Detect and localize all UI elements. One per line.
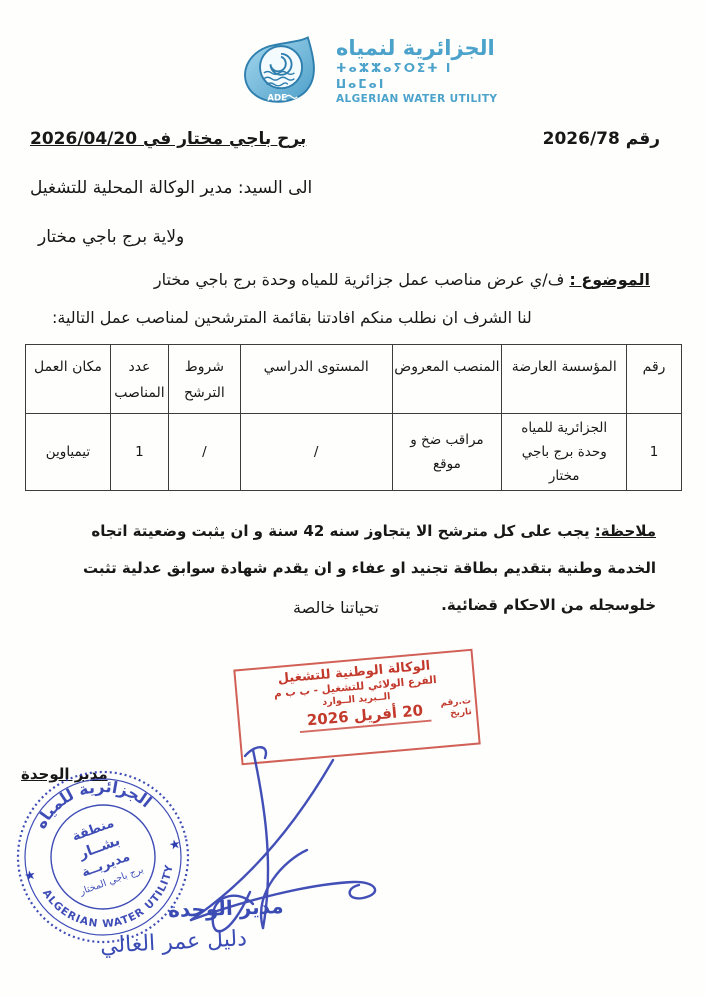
closing-greeting: تحياتنا خالصة (293, 598, 379, 617)
place-and-date: برح باجي مختار في 2026/04/20 (30, 129, 306, 149)
star-icon: ★ (23, 868, 38, 885)
subject-line: الموضوع : ف/ي عرض مناصب عمل جزائرية للمي… (154, 270, 650, 289)
cell-position: مراقب ضخ و موقع (392, 414, 502, 491)
org-name-block: الجزائرية لنمياه ⵜⴰⵣⵣⴰⵢⵔⵉⵜ ⵏ ⵡⴰⵎⴰⵏ ALGER… (336, 36, 506, 106)
cell-positions-count: 1 (110, 414, 168, 491)
cell-workplace: تيمياوين (26, 414, 111, 491)
org-logo-block: ADE الجزائرية لنمياه ⵜⴰⵣⵣⴰⵢⵔⵉⵜ ⵏ ⵡⴰⵎⴰⵏ A… (238, 34, 506, 108)
col-workplace: مكان العمل (26, 345, 111, 414)
note-label: ملاحظة: (595, 522, 656, 540)
col-number: رقم (627, 345, 682, 414)
job-positions-table: رقم المؤسسة العارضة المنصب المعروض المست… (25, 344, 682, 491)
cell-conditions: / (168, 414, 240, 491)
reference-number: رقم 2026/78 (543, 129, 660, 149)
addressee-wilaya: ولاية برج باجي مختار (38, 227, 184, 247)
intro-sentence: لنا الشرف ان نطلب منكم افادتنا بقائمة ال… (52, 308, 532, 327)
col-conditions: شروط الترشح (168, 345, 240, 414)
handwritten-unit-director: مدير الوحدة (168, 894, 284, 922)
logo-ade-text: ADE (267, 94, 287, 104)
col-education-level: المستوى الدراسي (240, 345, 392, 414)
org-name-english: ALGERIAN WATER UTILITY (336, 92, 506, 106)
table-header-row: رقم المؤسسة العارضة المنصب المعروض المست… (26, 345, 682, 414)
cell-institution: الجزائرية للمياه وحدة برج باجي مختار (502, 414, 627, 491)
cell-number: 1 (627, 414, 682, 491)
col-institution: المؤسسة العارضة (502, 345, 627, 414)
subject-label: الموضوع : (569, 270, 650, 289)
red-stamp-labels: ت.رقم تاريخ (440, 696, 472, 721)
addressee-line: الى السيد: مدير الوكالة المحلية للتشغيل (30, 178, 312, 198)
water-drop-logo-icon: ADE (238, 34, 326, 108)
subject-text: ف/ي عرض مناصب عمل جزائرية للمياه وحدة بر… (154, 270, 569, 289)
cell-education-level: / (240, 414, 392, 491)
org-name-tifinagh: ⵜⴰⵣⵣⴰⵢⵔⵉⵜ ⵏ ⵡⴰⵎⴰⵏ (336, 60, 506, 92)
col-position: المنصب المعروض (392, 345, 502, 414)
table-row: 1 الجزائرية للمياه وحدة برج باجي مختار م… (26, 414, 682, 491)
col-positions-count: عدد المناصب (110, 345, 168, 414)
org-name-arabic: الجزائرية لنمياه (336, 36, 506, 60)
document-page: ADE الجزائرية لنمياه ⵜⴰⵣⵣⴰⵢⵔⵉⵜ ⵏ ⵡⴰⵎⴰⵏ A… (0, 0, 706, 996)
